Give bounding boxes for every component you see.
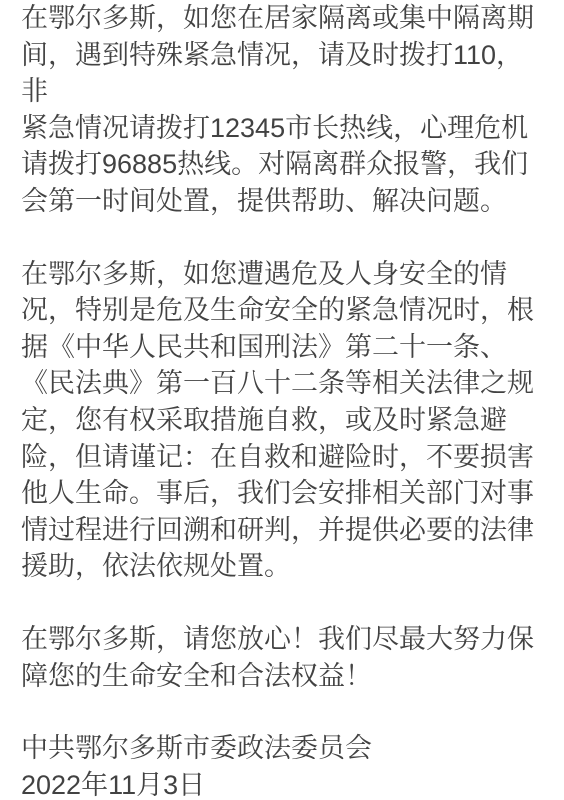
signature-block: 中共鄂尔多斯市委政法委员会 2022年11月3日	[21, 730, 546, 800]
signature-organization: 中共鄂尔多斯市委政法委员会	[21, 730, 546, 767]
signature-date: 2022年11月3日	[21, 767, 546, 800]
notice-paragraph-legal-self-rescue: 在鄂尔多斯，如您遭遇危及人身安全的情 况，特别是危及生命安全的紧急情况时，根 据…	[21, 256, 546, 585]
notice-paragraph-reassurance: 在鄂尔多斯，请您放心！我们尽最大努力保 障您的生命安全和合法权益！	[21, 621, 546, 694]
notice-paragraph-quarantine-hotlines: 在鄂尔多斯，如您在居家隔离或集中隔离期 间，遇到特殊紧急情况，请及时拨打110，…	[21, 0, 546, 220]
notice-page: 在鄂尔多斯，如您在居家隔离或集中隔离期 间，遇到特殊紧急情况，请及时拨打110，…	[0, 0, 564, 800]
